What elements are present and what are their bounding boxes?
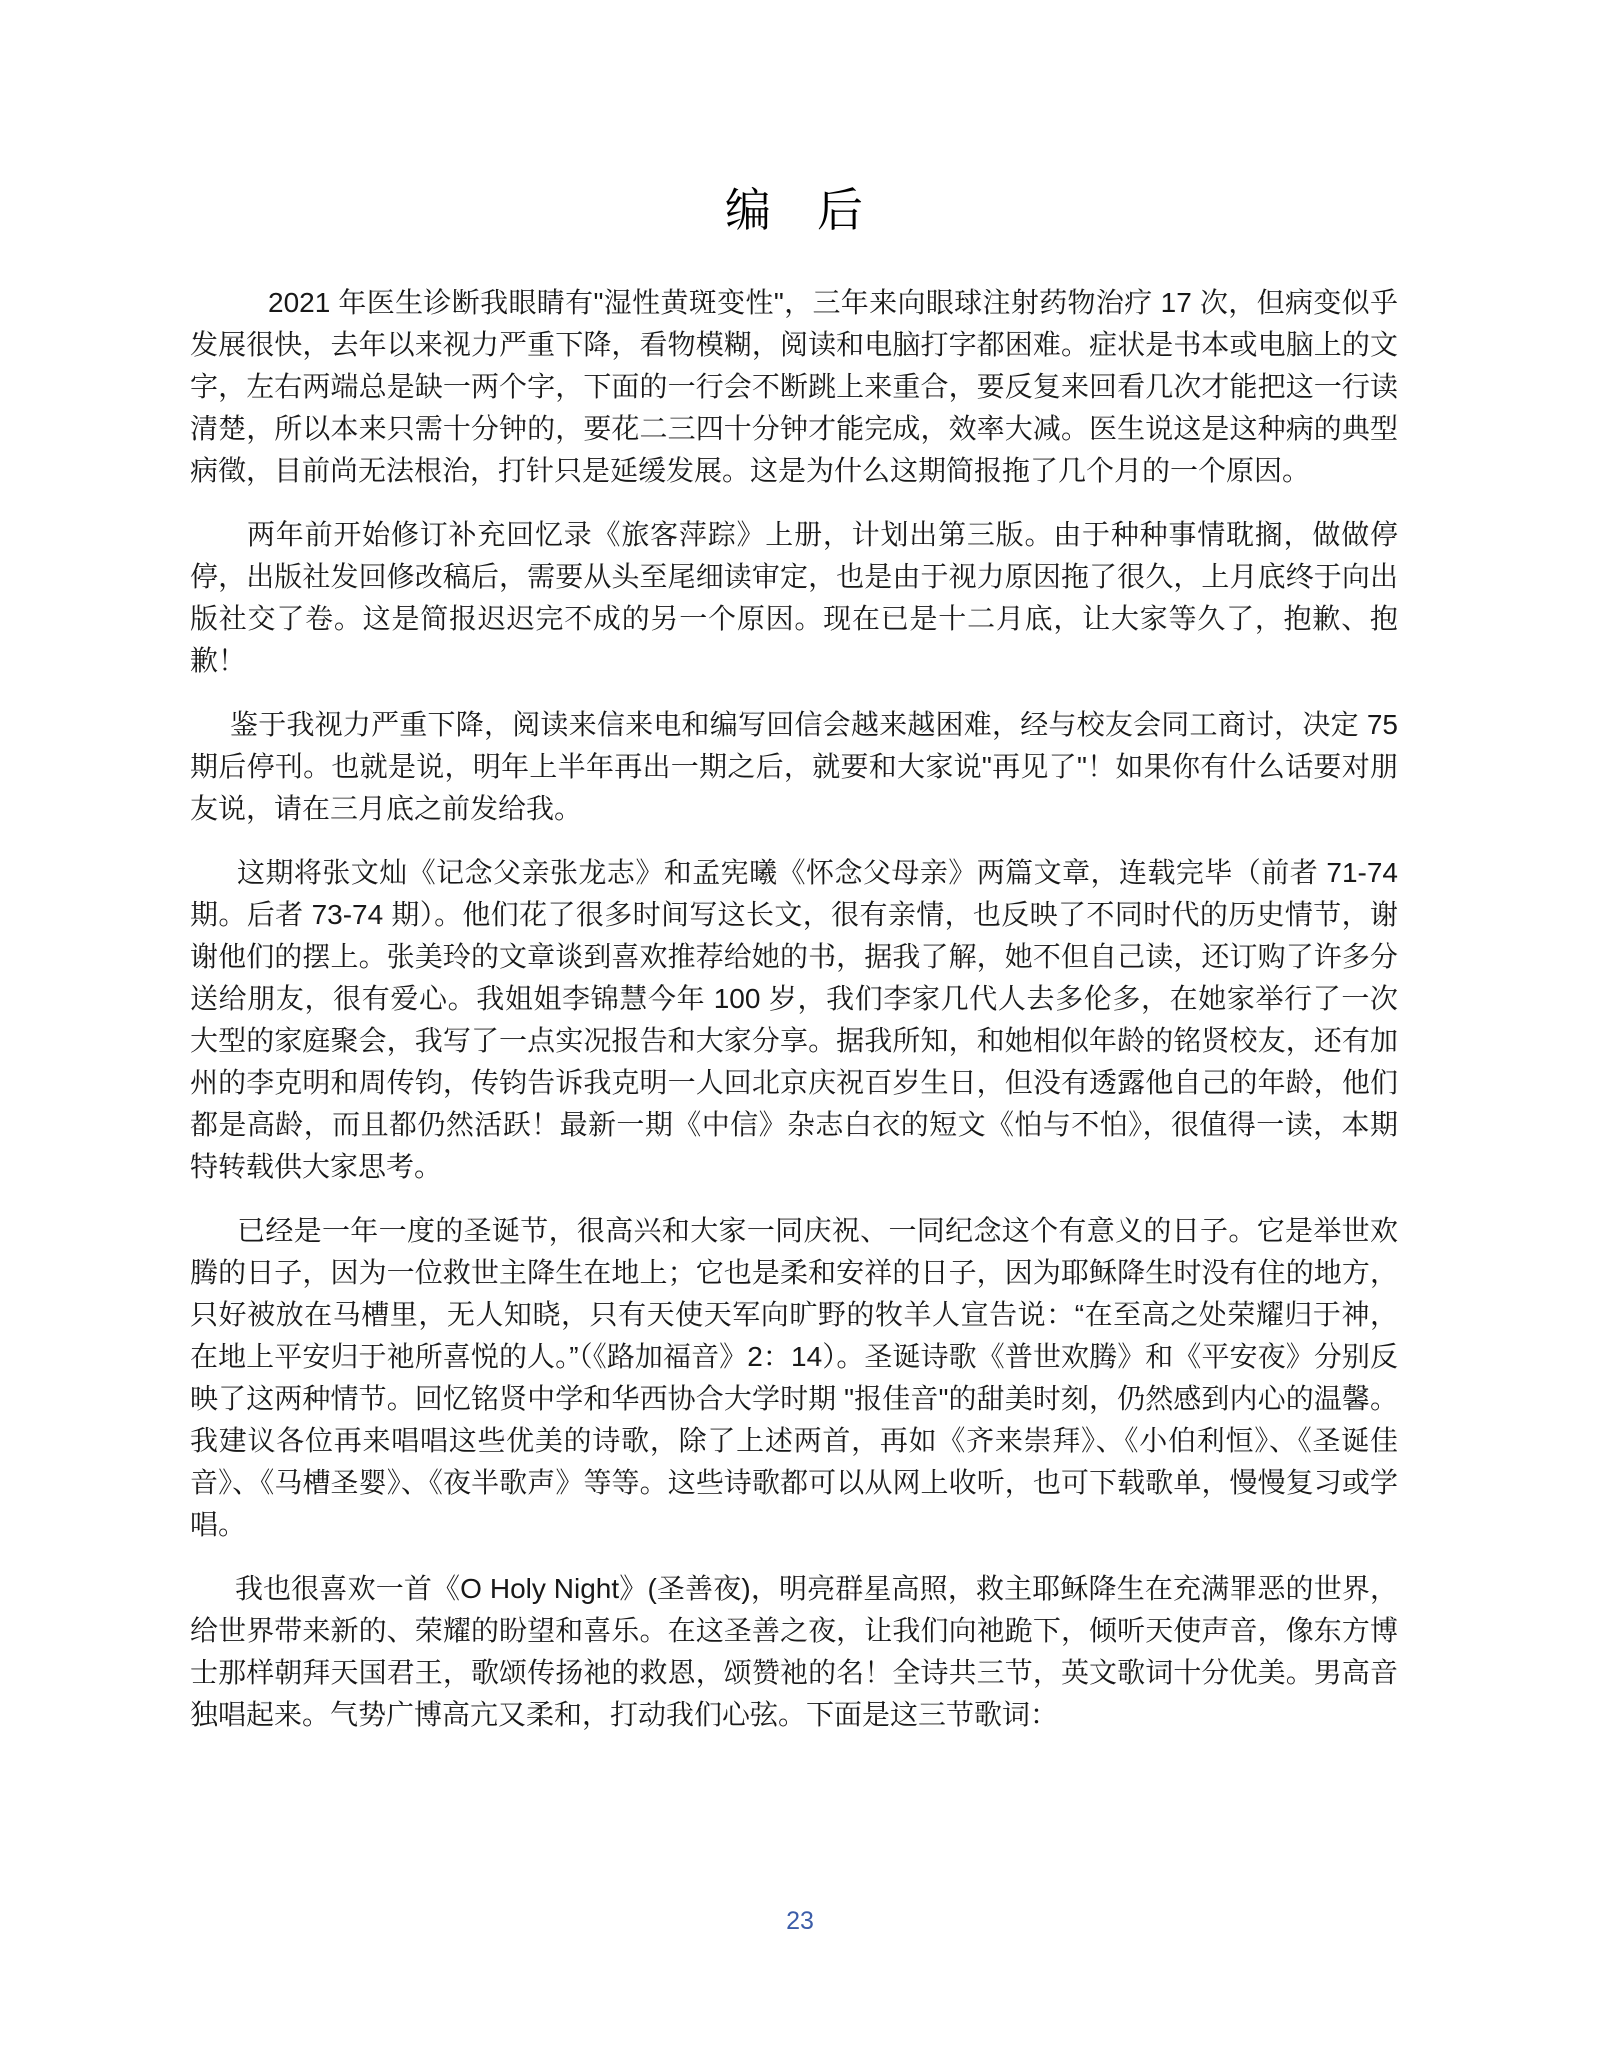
document-page: 编 后 2021 年医生诊断我眼睛有"湿性黄斑变性"，三年来向眼球注射药物治疗 … <box>0 0 1600 2071</box>
page-number: 23 <box>0 1906 1600 1936</box>
page-title: 编 后 <box>190 183 1398 238</box>
paragraph-articles-and-alumni: 这期将张文灿《记念父亲张龙志》和孟宪曦《怀念父母亲》两篇文章，连载完毕（前者 7… <box>190 852 1398 1188</box>
paragraph-memoir-revision: 两年前开始修订补充回忆录《旅客萍踪》上册，计划出第三版。由于种种事情耽搁，做做停… <box>190 514 1398 682</box>
paragraph-ceasing-publication: 鉴于我视力严重下降，阅读来信来电和编写回信会越来越困难，经与校友会同工商讨，决定… <box>190 704 1398 830</box>
document-content: 编 后 2021 年医生诊断我眼睛有"湿性黄斑变性"，三年来向眼球注射药物治疗 … <box>190 183 1398 1758</box>
paragraph-christmas-hymns: 已经是一年一度的圣诞节，很高兴和大家一同庆祝、一同纪念这个有意义的日子。它是举世… <box>190 1210 1398 1546</box>
paragraph-eyesight-diagnosis: 2021 年医生诊断我眼睛有"湿性黄斑变性"，三年来向眼球注射药物治疗 17 次… <box>190 282 1398 492</box>
paragraph-o-holy-night: 我也很喜欢一首《O Holy Night》(圣善夜)，明亮群星高照，救主耶稣降生… <box>190 1568 1398 1736</box>
